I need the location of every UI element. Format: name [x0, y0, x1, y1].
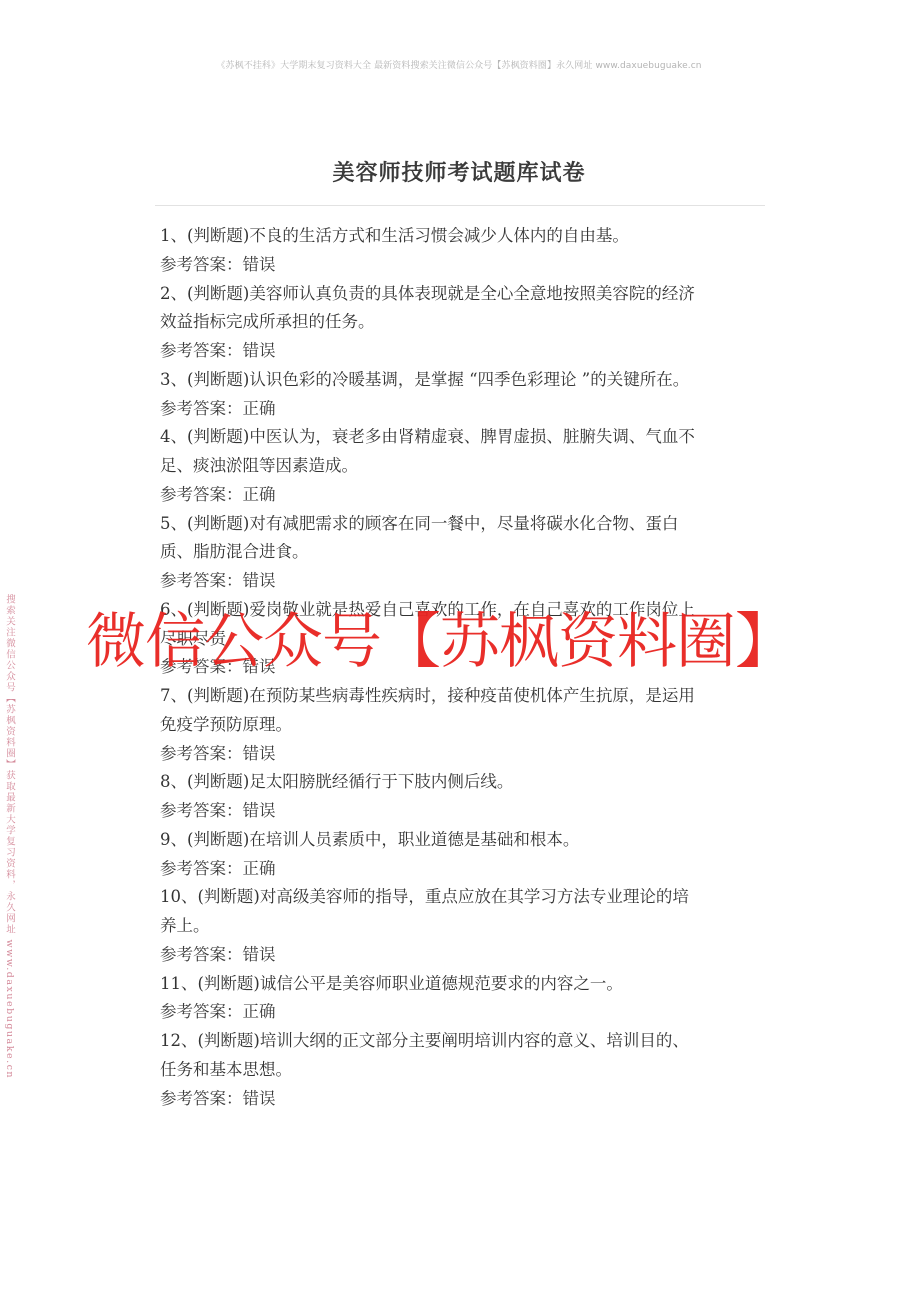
answer-text: 参考答案：错误 — [160, 337, 760, 366]
question-item: 3、(判断题)认识色彩的冷暖基调，是掌握 “四季色彩理论 ”的关键所在。 参考答… — [160, 366, 760, 424]
answer-text: 参考答案：错误 — [160, 653, 760, 682]
question-text: 10、(判断题)对高级美容师的指导，重点应放在其学习方法专业理论的培 — [160, 883, 760, 912]
question-text-continued: 免疫学预防原理。 — [160, 711, 760, 740]
answer-text: 参考答案：错误 — [160, 1085, 760, 1114]
question-item: 6、(判断题)爱岗敬业就是热爱自己喜欢的工作，在自己喜欢的工作岗位上 尽职尽责 … — [160, 596, 760, 682]
question-text: 4、(判断题)中医认为，衰老多由肾精虚衰、脾胃虚损、脏腑失调、气血不 — [160, 423, 760, 452]
question-list: 1、(判断题)不良的生活方式和生活习惯会减少人体内的自由基。 参考答案：错误 2… — [160, 222, 760, 1113]
question-item: 4、(判断题)中医认为，衰老多由肾精虚衰、脾胃虚损、脏腑失调、气血不 足、痰浊淤… — [160, 423, 760, 509]
answer-text: 参考答案：错误 — [160, 251, 760, 280]
answer-text: 参考答案：正确 — [160, 855, 760, 884]
question-text: 6、(判断题)爱岗敬业就是热爱自己喜欢的工作，在自己喜欢的工作岗位上 — [160, 596, 760, 625]
question-item: 12、(判断题)培训大纲的正文部分主要阐明培训内容的意义、培训目的、 任务和基本… — [160, 1027, 760, 1113]
question-item: 7、(判断题)在预防某些病毒性疾病时，接种疫苗使机体产生抗原，是运用 免疫学预防… — [160, 682, 760, 768]
answer-text: 参考答案：正确 — [160, 395, 760, 424]
question-text: 12、(判断题)培训大纲的正文部分主要阐明培训内容的意义、培训目的、 — [160, 1027, 760, 1056]
question-item: 11、(判断题)诚信公平是美容师职业道德规范要求的内容之一。 参考答案：正确 — [160, 970, 760, 1028]
question-item: 8、(判断题)足太阳膀胱经循行于下肢内侧后线。 参考答案：错误 — [160, 768, 760, 826]
question-text: 7、(判断题)在预防某些病毒性疾病时，接种疫苗使机体产生抗原，是运用 — [160, 682, 760, 711]
question-item: 1、(判断题)不良的生活方式和生活习惯会减少人体内的自由基。 参考答案：错误 — [160, 222, 760, 280]
question-text-continued: 足、痰浊淤阻等因素造成。 — [160, 452, 760, 481]
answer-text: 参考答案：正确 — [160, 998, 760, 1027]
question-text: 3、(判断题)认识色彩的冷暖基调，是掌握 “四季色彩理论 ”的关键所在。 — [160, 366, 760, 395]
question-text-continued: 质、脂肪混合进食。 — [160, 538, 760, 567]
question-text-continued: 任务和基本思想。 — [160, 1056, 760, 1085]
question-text-continued: 尽职尽责 — [160, 625, 760, 654]
question-item: 5、(判断题)对有减肥需求的顾客在同一餐中，尽量将碳水化合物、蛋白 质、脂肪混合… — [160, 510, 760, 596]
answer-text: 参考答案：错误 — [160, 740, 760, 769]
question-item: 2、(判断题)美容师认真负责的具体表现就是全心全意地按照美容院的经济 效益指标完… — [160, 280, 760, 366]
question-text: 9、(判断题)在培训人员素质中，职业道德是基础和根本。 — [160, 826, 760, 855]
question-text-continued: 养上。 — [160, 912, 760, 941]
answer-text: 参考答案：正确 — [160, 481, 760, 510]
question-text: 11、(判断题)诚信公平是美容师职业道德规范要求的内容之一。 — [160, 970, 760, 999]
answer-text: 参考答案：错误 — [160, 941, 760, 970]
title-divider — [155, 205, 765, 206]
question-text: 1、(判断题)不良的生活方式和生活习惯会减少人体内的自由基。 — [160, 222, 760, 251]
answer-text: 参考答案：错误 — [160, 567, 760, 596]
question-item: 9、(判断题)在培训人员素质中，职业道德是基础和根本。 参考答案：正确 — [160, 826, 760, 884]
header-banner: 《苏枫不挂科》大学期末复习资料大全 最新资料搜索关注微信公众号【苏枫资料圈】永久… — [0, 58, 918, 71]
question-item: 10、(判断题)对高级美容师的指导，重点应放在其学习方法专业理论的培 养上。 参… — [160, 883, 760, 969]
question-text: 2、(判断题)美容师认真负责的具体表现就是全心全意地按照美容院的经济 — [160, 280, 760, 309]
question-text: 8、(判断题)足太阳膀胱经循行于下肢内侧后线。 — [160, 768, 760, 797]
question-text: 5、(判断题)对有减肥需求的顾客在同一餐中，尽量将碳水化合物、蛋白 — [160, 510, 760, 539]
side-watermark: 搜索关注微信公众号【苏枫资料圈】获取最新大学复习资料，永久网址 www.daxu… — [2, 594, 16, 1079]
answer-text: 参考答案：错误 — [160, 797, 760, 826]
question-text-continued: 效益指标完成所承担的任务。 — [160, 308, 760, 337]
page-title: 美容师技师考试题库试卷 — [0, 156, 918, 187]
